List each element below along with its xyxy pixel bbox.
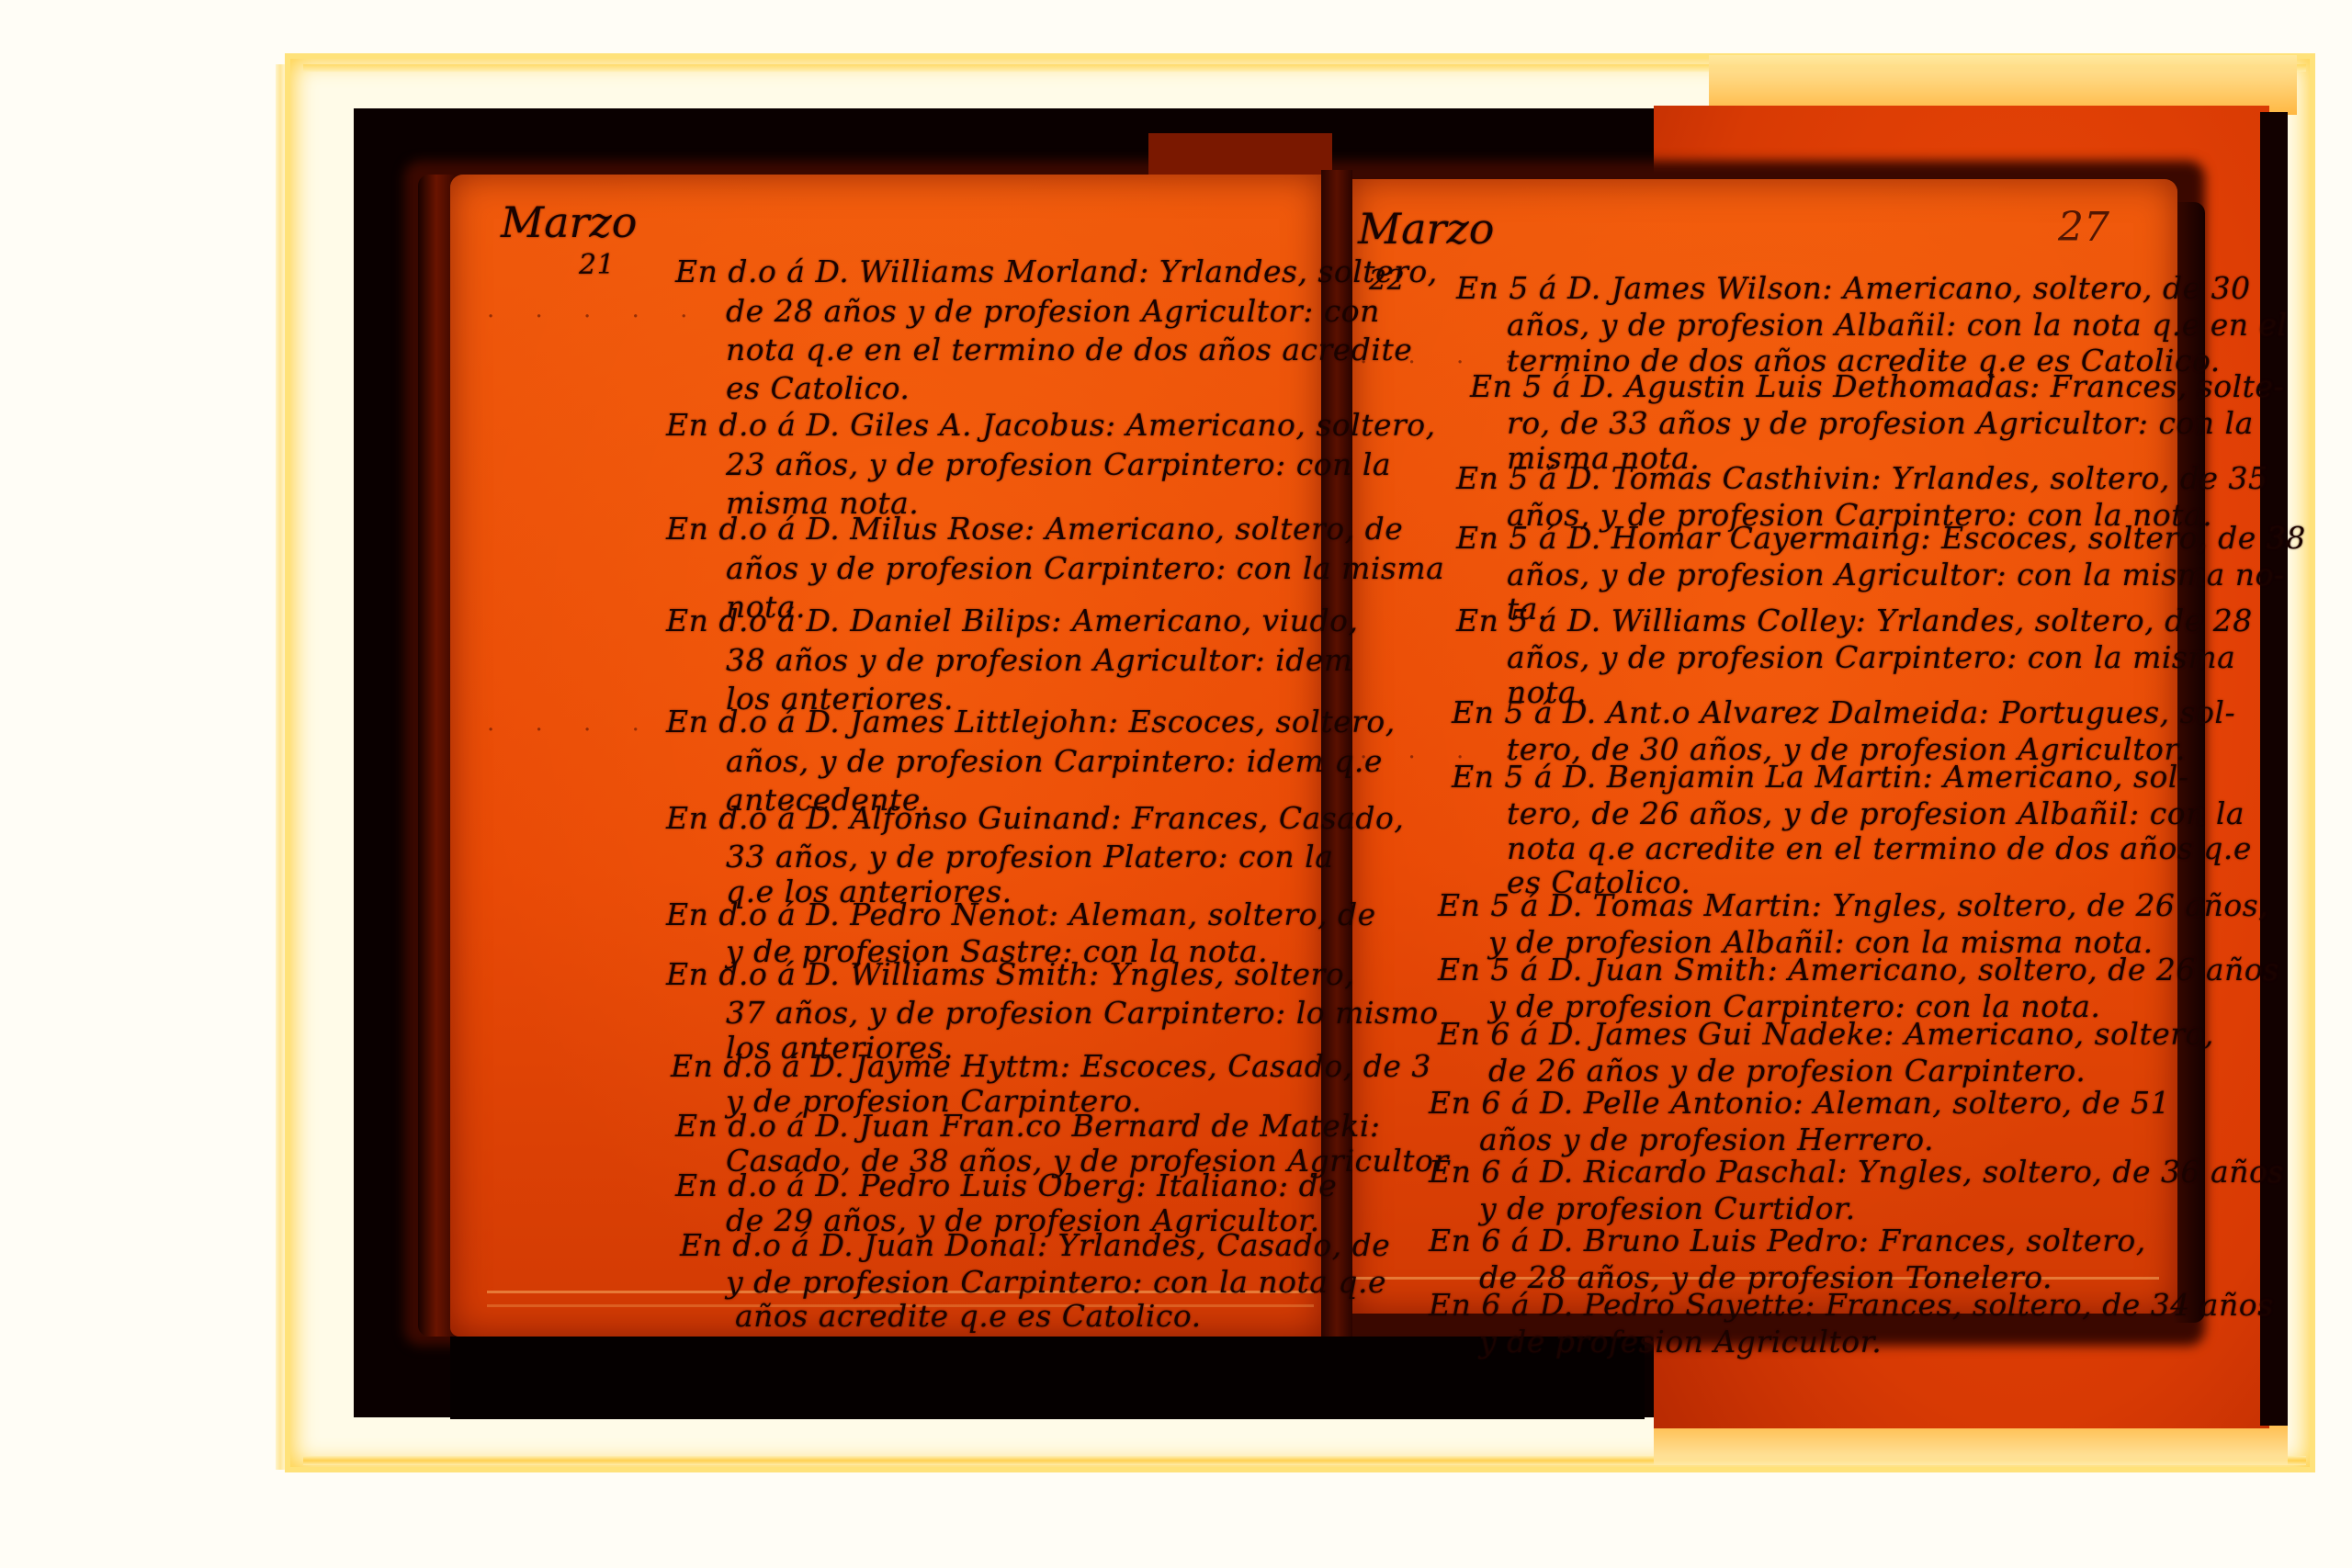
entry-line: En d.o á D. Juan Fran.co Bernard de Mate… xyxy=(675,1107,1381,1145)
entry-line: En d.o á D. Daniel Bilips: Americano, vi… xyxy=(666,602,1359,639)
entry-line: En 5 á D. Tomas Casthivin: Yrlandes, sol… xyxy=(1456,459,2267,497)
entry-line: años acredite q.e es Catolico. xyxy=(735,1297,1202,1335)
entry-line: años, y de profesion Albañil: con la not… xyxy=(1507,306,2288,344)
entry-line: y de profesion Agricultor. xyxy=(1479,1323,1882,1360)
entry-line: En 5 á D. James Wilson: Americano, solte… xyxy=(1456,269,2251,307)
entry-line: En d.o á D. Williams Morland: Yrlandes, … xyxy=(675,253,1438,290)
entry-line: En 5 á D. Tomas Martin: Yngles, soltero,… xyxy=(1438,886,2268,924)
entry-line: En d.o á D. Williams Smith: Yngles, solt… xyxy=(666,955,1354,993)
entry-line: En 5 á D. Homar Cayermaing: Escoces, sol… xyxy=(1456,519,2306,557)
mat-bottom-shadow xyxy=(450,1337,1645,1419)
entry-line: es Catolico. xyxy=(726,369,910,407)
entry-line: En d.o á D. Pedro Nenot: Aleman, soltero… xyxy=(666,896,1376,933)
entry-line: En d.o á D. James Littlejohn: Escoces, s… xyxy=(666,703,1396,740)
entry-line: nota q.e acredite en el termino de dos a… xyxy=(1507,829,2252,867)
book-top-tab xyxy=(1148,133,1332,175)
margin-marks: · · · · · xyxy=(487,303,704,331)
entry-line: y de profesion Carpintero: con la nota q… xyxy=(726,1263,1386,1301)
left-page-month-header: Marzo xyxy=(501,197,637,247)
entry-line: 38 años y de profesion Agricultor: idem xyxy=(726,641,1353,679)
entry-line: 33 años, y de profesion Platero: con la xyxy=(726,838,1333,875)
entry-line: tero, de 26 años, y de profesion Albañil… xyxy=(1507,795,2245,832)
entry-line: En d.o á D. Juan Donal: Yrlandes, Casado… xyxy=(680,1226,1390,1264)
entry-line: En d.o á D. Giles A. Jacobus: Americano,… xyxy=(666,406,1436,444)
book-edge-left xyxy=(418,175,455,1337)
entry-line: ro, de 33 años y de profesion Agricultor… xyxy=(1507,404,2254,442)
entry-line: años, y de profesion Agricultor: con la … xyxy=(1507,556,2285,593)
entry-line: En d.o á D. Milus Rose: Americano, solte… xyxy=(666,510,1403,547)
entry-line: En d.o á D. Alfonso Guinand: Frances, Ca… xyxy=(666,799,1404,837)
entry-line: En d.o á D. Pedro Luis Oberg: Italiano: … xyxy=(675,1167,1337,1204)
entry-line: En 5 á D. Ant.o Alvarez Dalmeida: Portug… xyxy=(1452,694,2235,731)
entry-line: En 6 á D. Bruno Luis Pedro: Frances, sol… xyxy=(1429,1222,2146,1259)
right-page-month-header: Marzo xyxy=(1358,204,1494,254)
entry-line: 23 años, y de profesion Carpintero: con … xyxy=(726,446,1391,483)
entry-line: En 5 á D. Agustin Luis Dethomadas: Franc… xyxy=(1470,367,2284,405)
entry-line: nota q.e en el termino de dos años acred… xyxy=(726,331,1412,368)
entry-line: de 28 años y de profesion Agricultor: co… xyxy=(726,292,1380,330)
entry-line: En 6 á D. James Gui Nadeke: Americano, s… xyxy=(1438,1015,2214,1053)
right-page-date: 22 xyxy=(1369,262,1405,299)
entry-line: En 6 á D. Ricardo Paschal: Yngles, solte… xyxy=(1429,1153,2284,1190)
entry-line: años, y de profesion Carpintero: con la … xyxy=(1507,638,2235,676)
frame-edge-left xyxy=(276,64,285,1470)
entry-line: En 5 á D. Benjamin La Martin: Americano,… xyxy=(1452,758,2189,795)
entry-line: En 6 á D. Pelle Antonio: Aleman, soltero… xyxy=(1429,1084,2170,1122)
entry-line: En 5 á D. Williams Colley: Yrlandes, sol… xyxy=(1456,602,2253,639)
entry-line: años y de profesion Carpintero: con la m… xyxy=(726,549,1444,587)
page-number: 27 xyxy=(2058,204,2109,251)
entry-line: años, y de profesion Carpintero: idem q.… xyxy=(726,742,1383,780)
entry-line: En 6 á D. Pedro Sayette: Frances, solter… xyxy=(1429,1286,2274,1324)
entry-line: En d.o á D. Jayme Hyttm: Escoces, Casado… xyxy=(671,1047,1431,1085)
left-page-date: 21 xyxy=(579,246,615,284)
entry-line: En 5 á D. Juan Smith: Americano, soltero… xyxy=(1438,951,2279,988)
entry-line: 37 años, y de profesion Carpintero: lo m… xyxy=(726,994,1439,1032)
